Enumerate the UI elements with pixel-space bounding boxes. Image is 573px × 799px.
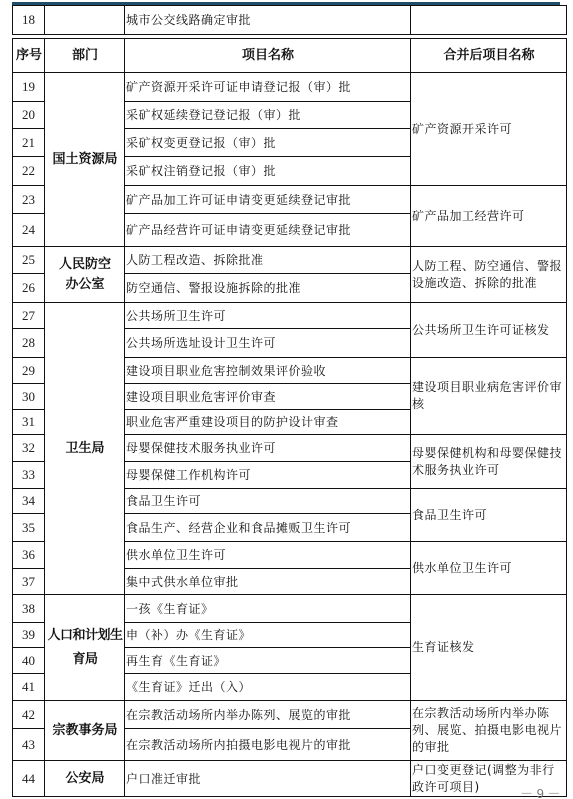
- row-number: 34: [13, 489, 45, 514]
- merged-item-cell: 母婴保健机构和母婴保健技术服务执业许可: [411, 435, 567, 489]
- item-name-cell: 采矿权注销登记报（审）批: [125, 157, 411, 186]
- row-number: 28: [13, 329, 45, 358]
- item-name-cell: 一孩《生育证》: [125, 595, 411, 623]
- item-name-cell: 集中式供水单位审批: [125, 569, 411, 595]
- row-number: 24: [13, 214, 45, 247]
- table-row: 42 宗教事务局 在宗教活动场所内举办陈列、展览的审批 在宗教活动场所内举办陈列…: [13, 701, 567, 729]
- merged-item-cell: 公共场所卫生许可证核发: [411, 303, 567, 358]
- row-number: 37: [13, 569, 45, 595]
- row-number: 20: [13, 102, 45, 129]
- item-name-cell: 城市公交线路确定审批: [125, 6, 411, 35]
- row-number: 25: [13, 247, 45, 274]
- merged-item-cell: 建设项目职业病危害评价审核: [411, 358, 567, 435]
- item-name-cell: 在宗教活动场所内举办陈列、展览的审批: [125, 701, 411, 729]
- item-name-cell: 母婴保健工作机构许可: [125, 462, 411, 489]
- item-name-cell: 采矿权延续登记登记报（审）批: [125, 102, 411, 129]
- merged-item-cell: 生育证核发: [411, 595, 567, 701]
- department-cell: 国土资源局: [45, 73, 125, 247]
- merged-item-cell: 食品卫生许可: [411, 489, 567, 542]
- table-row: 27 卫生局 公共场所卫生许可 公共场所卫生许可证核发: [13, 303, 567, 329]
- row-number: 42: [13, 701, 45, 729]
- merged-item-cell: 矿产资源开采许可: [411, 73, 567, 186]
- item-name-cell: 食品生产、经营企业和食品摊贩卫生许可: [125, 514, 411, 542]
- row-number: 41: [13, 674, 45, 701]
- row-number: 38: [13, 595, 45, 623]
- department-name: 人民防空办公室: [53, 255, 117, 295]
- row-number: 32: [13, 435, 45, 462]
- row-number: 18: [13, 6, 45, 35]
- row-number: 40: [13, 648, 45, 674]
- item-name-cell: 矿产品经营许可证申请变更延续登记审批: [125, 214, 411, 247]
- item-name-cell: 母婴保健技术服务执业许可: [125, 435, 411, 462]
- item-name-cell: 防空通信、警报设施拆除的批准: [125, 274, 411, 303]
- row-number: 43: [13, 729, 45, 761]
- header-merged: 合并后项目名称: [411, 39, 567, 73]
- item-name-cell: 申（补）办《生育证》: [125, 623, 411, 648]
- row-number: 36: [13, 542, 45, 569]
- merged-item-cell: 供水单位卫生许可: [411, 542, 567, 595]
- row-number: 23: [13, 186, 45, 214]
- item-name-cell: 户口准迁审批: [125, 761, 411, 797]
- item-name-cell: 在宗教活动场所内拍摄电影电视片的审批: [125, 729, 411, 761]
- item-name-cell: 矿产品加工许可证申请变更延续登记审批: [125, 186, 411, 214]
- row-number: 39: [13, 623, 45, 648]
- department-cell: 人民防空办公室: [45, 247, 125, 303]
- item-name-cell: 公共场所卫生许可: [125, 303, 411, 329]
- table-row: 44 公安局 户口准迁审批 户口变更登记(调整为非行政许可项目): [13, 761, 567, 797]
- item-name-cell: 建设项目职业危害评价审查: [125, 384, 411, 410]
- item-name-cell: 再生育《生育证》: [125, 648, 411, 674]
- department-cell: 宗教事务局: [45, 701, 125, 761]
- item-name-cell: 《生育证》迁出（入）: [125, 674, 411, 701]
- row-number: 29: [13, 358, 45, 384]
- previous-table-fragment: 18 城市公交线路确定审批: [12, 5, 567, 35]
- page-number: － 9 －: [520, 783, 560, 799]
- item-name-cell: 职业危害严重建设项目的防护设计审查: [125, 410, 411, 435]
- merged-item-cell: 在宗教活动场所内举办陈列、展览、拍摄电影电视片的审批: [411, 701, 567, 761]
- header-no: 序号: [13, 39, 45, 73]
- item-name-cell: 矿产资源开采许可证申请登记报（审）批: [125, 73, 411, 102]
- department-name: 人口和计划生育局: [45, 624, 125, 672]
- row-number: 21: [13, 129, 45, 157]
- table-row: 25 人民防空办公室 人防工程改造、拆除批准 人防工程、防空通信、警报设施改造、…: [13, 247, 567, 274]
- row-number: 30: [13, 384, 45, 410]
- row-number: 22: [13, 157, 45, 186]
- department-cell: 人口和计划生育局: [45, 595, 125, 701]
- item-name-cell: 食品卫生许可: [125, 489, 411, 514]
- merged-item-cell: [411, 6, 567, 35]
- table-row: 19 国土资源局 矿产资源开采许可证申请登记报（审）批 矿产资源开采许可: [13, 73, 567, 102]
- item-name-cell: 公共场所选址设计卫生许可: [125, 329, 411, 358]
- item-name-cell: 采矿权变更登记报（审）批: [125, 129, 411, 157]
- table-row: 38 人口和计划生育局 一孩《生育证》 生育证核发: [13, 595, 567, 623]
- item-name-cell: 供水单位卫生许可: [125, 542, 411, 569]
- item-name-cell: 人防工程改造、拆除批准: [125, 247, 411, 274]
- approval-items-table: 序号 部门 项目名称 合并后项目名称 19 国土资源局 矿产资源开采许可证申请登…: [12, 38, 567, 797]
- merged-item-cell: 人防工程、防空通信、警报设施改造、拆除的批准: [411, 247, 567, 303]
- header-dept: 部门: [45, 39, 125, 73]
- row-number: 19: [13, 73, 45, 102]
- department-cell: 公安局: [45, 761, 125, 797]
- row-number: 27: [13, 303, 45, 329]
- table-header-row: 序号 部门 项目名称 合并后项目名称: [13, 39, 567, 73]
- row-number: 31: [13, 410, 45, 435]
- merged-item-cell: 矿产品加工经营许可: [411, 186, 567, 247]
- row-number: 35: [13, 514, 45, 542]
- department-cell: 卫生局: [45, 303, 125, 595]
- table-row: 18 城市公交线路确定审批: [13, 6, 567, 35]
- header-item: 项目名称: [125, 39, 411, 73]
- item-name-cell: 建设项目职业危害控制效果评价验收: [125, 358, 411, 384]
- row-number: 44: [13, 761, 45, 797]
- row-number: 33: [13, 462, 45, 489]
- row-number: 26: [13, 274, 45, 303]
- department-cell: [45, 6, 125, 35]
